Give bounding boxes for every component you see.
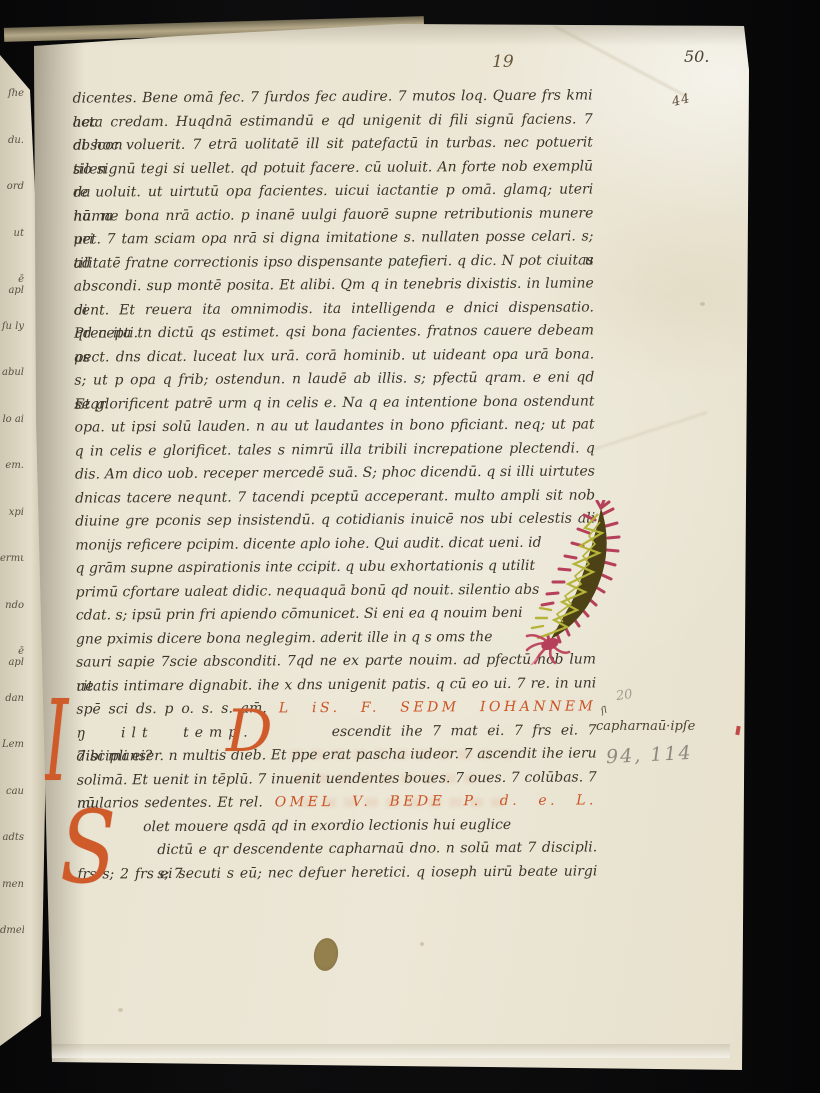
gloss-insertion-mark: ſl — [600, 705, 609, 716]
text-line: ritatis intimare dignabit. ihe x dns uni… — [76, 672, 596, 699]
facing-page-text-fragments: ſhedu.ordutē aplſu lyabullo aiem.xpiermu… — [0, 88, 24, 972]
text-fragment: adts — [0, 832, 24, 879]
text-line: di hoc voluerit. 7 etrā uolitatē ill sit… — [73, 131, 593, 158]
text-line: q grām supne aspirationis inte ccipit. q… — [75, 554, 595, 581]
text-line: cdat. s; ipsū prin fri apiendo cōmunicet… — [76, 601, 596, 628]
text-fragment: dmel — [0, 925, 24, 972]
text-fragment: du. — [0, 135, 24, 182]
text-line: primū cfortare ualeat didic. nequaquā bo… — [76, 578, 596, 605]
text-fragment: ſhe — [0, 88, 24, 135]
text-line: opa. ut ipsi solū lauden. n au ut laudan… — [75, 413, 595, 440]
initial-I: I — [44, 686, 68, 798]
text-line: acta credam. Huqdnā estimandū e qd unige… — [73, 108, 593, 135]
text-fragment: ſu ly — [0, 321, 24, 368]
text-line: dictū e qr descendente capharnaū dno. n … — [77, 836, 597, 863]
pencil-reference-numbers: 94, 114 — [605, 742, 693, 768]
manuscript-photo: ſhedu.ordutē aplſu lyabullo aiem.xpiermu… — [0, 0, 820, 1093]
rubric-text: OMEL V. BEDE P. d. e. L. — [275, 792, 597, 810]
text-line: gne pximis dicere bona neglegim. aderit … — [76, 625, 596, 652]
text-fragment: ndo — [0, 600, 24, 647]
margin-mark: 44 — [670, 91, 692, 110]
text-fragment: ermu — [0, 553, 24, 600]
text-line: qd n ita tn dictū qs estimet. qsi bona f… — [74, 319, 594, 346]
text-line: dis. Am dico uob. receper mercedē suā. S… — [75, 460, 595, 487]
parchment-spot — [118, 1008, 123, 1012]
text-fragment: ord — [0, 181, 24, 228]
text-line: s; ut p opa q frib; ostendun. n laudē ab… — [74, 366, 594, 393]
text-fragment: ut — [0, 228, 24, 275]
text-line: tilitatē fratne correctionis ipso dispen… — [74, 249, 594, 276]
text-fragment: xpi — [0, 507, 24, 554]
foliate-sprig-ornament — [523, 500, 623, 665]
initial-D: D — [226, 702, 273, 760]
text-line: dnicas tacere nequnt. 7 tacendi pceptū a… — [75, 484, 595, 511]
text-line: dicentes. Bene omā fec. 7 ſurdos fec aud… — [73, 84, 593, 111]
initial-S: S — [60, 798, 116, 898]
text-line: frs s; 2 frs ei secuti s eū; nec defuer … — [77, 860, 597, 887]
text-line: uet. 7 tam sciam opa nrā si digna imitat… — [73, 225, 593, 252]
text-fragment: Lem — [0, 739, 24, 786]
text-line: abscondi. sup montē posita. Et alibi. Qm… — [74, 272, 594, 299]
text-line: cent. Et reuera ita omnimodis. ita intel… — [74, 296, 594, 323]
text-line: ŋ ilt temp.escendit ihe 7 mat ei. 7 frs … — [76, 719, 596, 746]
text-line: monijs reficere pcipim. dicente aplo ioh… — [75, 531, 595, 558]
manuscript-page: 19 50. 44 dicentes. Bene omā fec. 7 ſurd… — [0, 0, 820, 1093]
parchment-spot — [420, 942, 424, 946]
text-fragment: cau — [0, 786, 24, 833]
quire-number: 19 — [492, 52, 514, 72]
rubric-text: L iS. F. SEDM IOHANNEM — [279, 698, 597, 716]
text-fragment: em. — [0, 460, 24, 507]
text-line: pect. dns dicat. luceat lux urā. corā ho… — [74, 343, 594, 370]
wax-stain — [312, 936, 340, 972]
bottom-edge-highlight — [40, 1044, 730, 1058]
text-fragment: ē apl — [0, 646, 24, 693]
text-fragment: men — [0, 879, 24, 926]
text-line: q in celis e glorificet. tales s nimrū i… — [75, 437, 595, 464]
parchment-crease — [593, 412, 708, 451]
text-line: solimā. Et uenit in tēplū. 7 inuenit uen… — [77, 766, 597, 793]
text-line: re uoluit. ut uirtutū opa facientes. uic… — [73, 178, 593, 205]
text-line: Et glorificent patrē urm q in celis e. N… — [74, 390, 594, 417]
parchment-spot — [700, 302, 705, 306]
text-line: tio signū tegi si uellet. qd potuit face… — [73, 155, 593, 182]
pencil-margin-number: 20 — [615, 687, 633, 704]
text-line: olet mouere qsdā qd in exordio lectionis… — [77, 813, 597, 840]
text-fragment: lo ai — [0, 414, 24, 461]
text-fragment: abul — [0, 367, 24, 414]
text-fragment: ē apl — [0, 274, 24, 321]
folio-number: 50. — [684, 47, 709, 66]
text-line: 7ibi manser. n multis dieb. Et ppe erat … — [77, 742, 597, 769]
text-line: nā. ne bona nrā actio. p inanē uulgi fau… — [73, 202, 593, 229]
text-line: diuine gre pconis sep insistendū. q coti… — [75, 507, 595, 534]
text-line: mularios sedentes. Et rel.OMEL V. BEDE P… — [77, 789, 597, 816]
red-edge-mark — [735, 726, 740, 736]
foliate-sprig-drawing — [523, 500, 623, 665]
text-line: sauri sapie 7scie absconditi. 7qd ne ex … — [76, 648, 596, 675]
manuscript-text-block: dicentes. Bene omā fec. 7 ſurdos fec aud… — [73, 84, 598, 886]
text-line: spē sci ds. p o. s. s. am̄.L iS. F. SEDM… — [76, 695, 596, 722]
text-fragment: dan — [0, 693, 24, 740]
margin-gloss-capharnaum: capharnaū·ipſe — [596, 719, 695, 734]
